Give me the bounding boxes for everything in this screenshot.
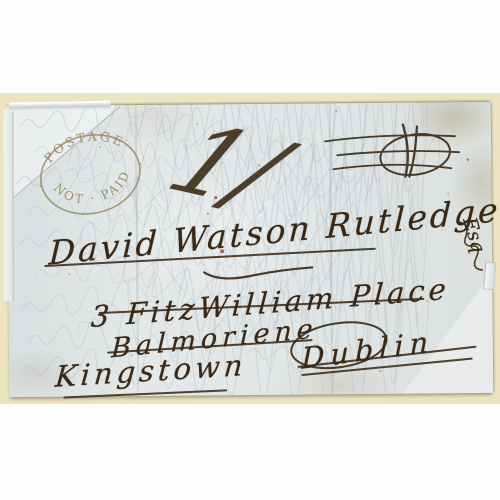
photo-mat: POSTAGE NOT · PAID · · 1/ David Watson R… [0,93,500,404]
pen-cancellation-scribble [7,102,494,399]
letter-cover: POSTAGE NOT · PAID · · 1/ David Watson R… [7,102,494,397]
